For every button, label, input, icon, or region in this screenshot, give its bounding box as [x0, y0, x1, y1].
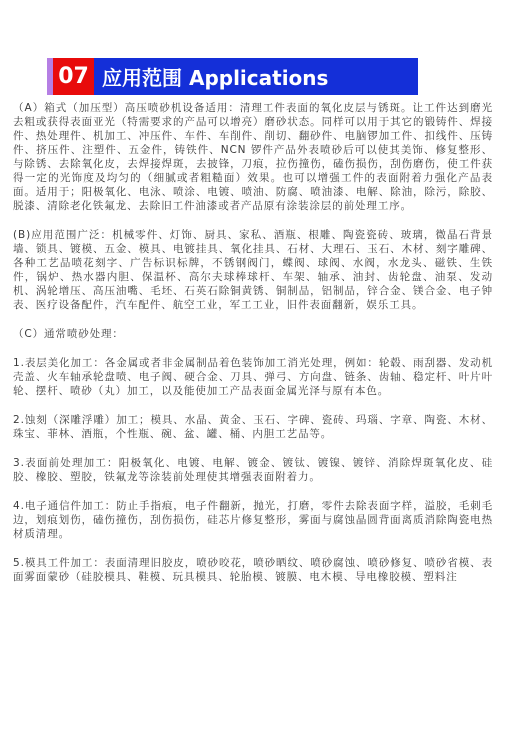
- section-title: 应用范围 Applications: [94, 58, 418, 95]
- paragraph-b: (B)应用范围广泛：机械零件、灯饰、厨具、家私、酒瓶、根雕、陶瓷瓷砖、玻璃，微晶…: [13, 228, 493, 312]
- section-header-banner: 07 应用范围 Applications: [47, 58, 418, 95]
- paragraph-a: （A）箱式（加压型）高压喷砂机设备适用：清理工件表面的氧化皮层与锈斑。让工件达到…: [13, 101, 493, 213]
- paragraph-c-heading: （C）通常喷砂处理：: [13, 327, 493, 341]
- paragraph-c-item-1: 1.表层美化加工：各金属或者非金属制品着色装饰加工消光处理，例如：轮毂、雨刮器、…: [13, 356, 493, 398]
- paragraph-c-item-4: 4.电子通信件加工：防止手指痕，电子件翻新，抛光，打磨，零件去除表面字样，溢胶，…: [13, 499, 493, 541]
- paragraph-c-item-5: 5.模具工件加工：表面清理旧胶皮，喷砂咬花，喷砂晒纹、喷砂腐蚀、喷砂修复、喷砂省…: [13, 556, 493, 584]
- paragraph-c-item-3: 3.表面前处理加工：阳极氧化、电镀、电解、镀金、镀钛、镀镍、镀锌、消除焊斑氧化皮…: [13, 456, 493, 484]
- section-number-badge: 07: [53, 58, 94, 95]
- document-body: （A）箱式（加压型）高压喷砂机设备适用：清理工件表面的氧化皮层与锈斑。让工件达到…: [13, 101, 493, 599]
- paragraph-c-item-2: 2.蚀刻（深雕浮雕）加工；模具、水晶、黄金、玉石、字碑、瓷砖、玛瑙、字章、陶瓷、…: [13, 413, 493, 441]
- document-page: 07 应用范围 Applications （A）箱式（加压型）高压喷砂机设备适用…: [0, 0, 525, 742]
